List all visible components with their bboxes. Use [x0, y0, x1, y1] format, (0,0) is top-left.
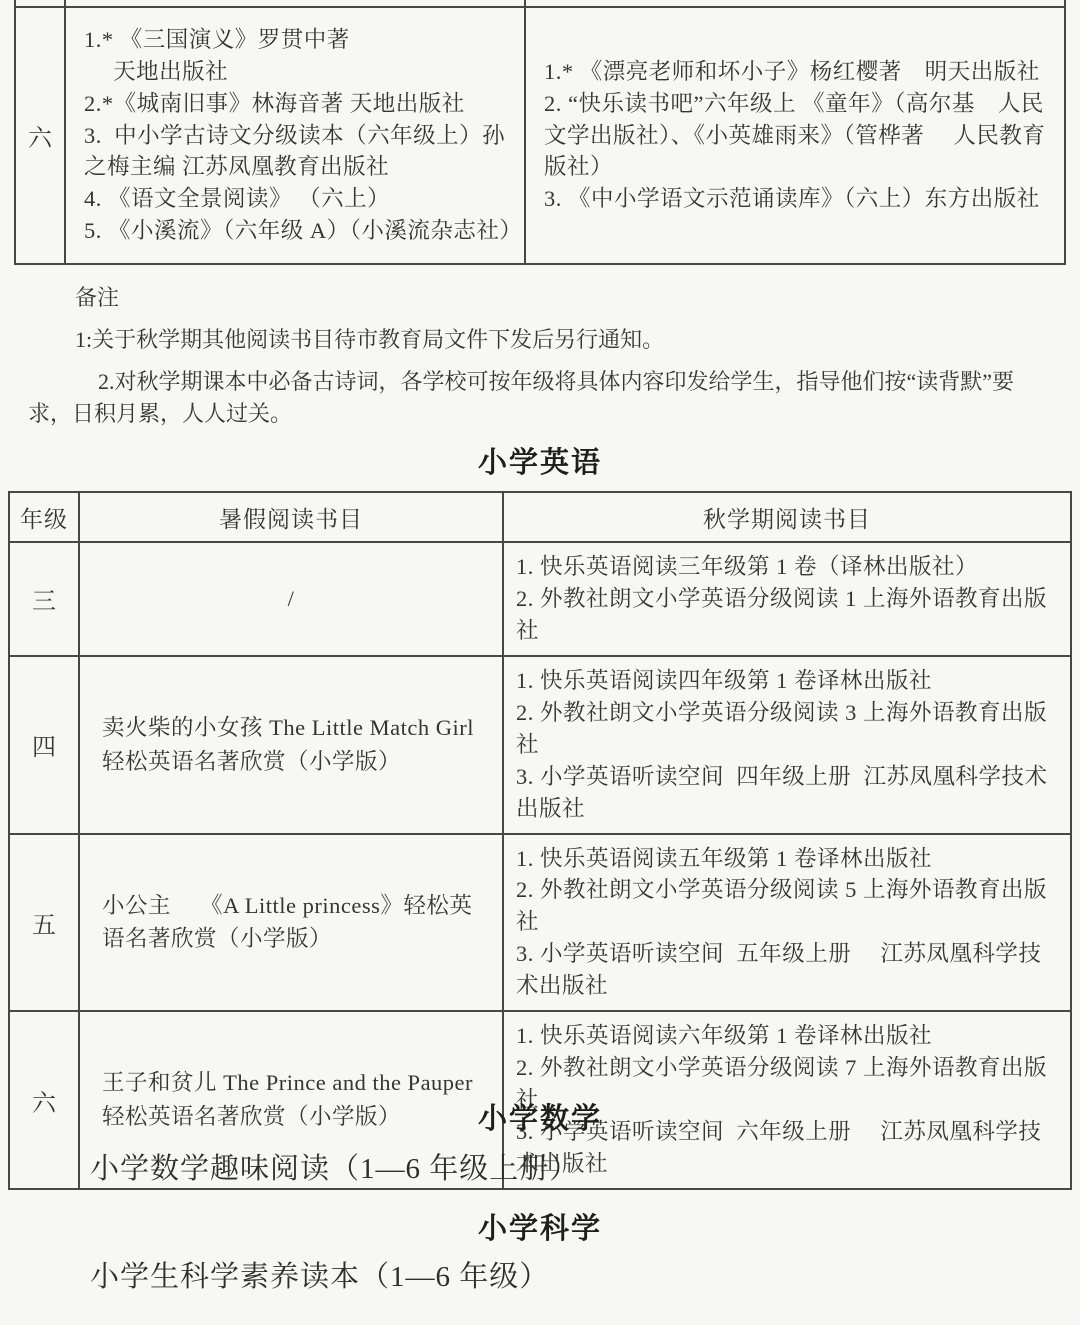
english-reading-table: 年级 暑假阅读书目 秋学期阅读书目 三 / 1. 快乐英语阅读三年级第 1 卷（… [8, 491, 1072, 1190]
summer-books-list: 1.* 《三国演义》罗贯中著 天地出版社2.*《城南旧事》林海音著 天地出版社3… [84, 24, 518, 248]
book-line: 2. “快乐读书吧”六年级上 《童年》（高尔基 人民文学出版社）、《小英雄雨来》… [544, 88, 1058, 184]
remarks-section: 备注 1:关于秋学期其他阅读书目待市教育局文件下发后另行通知。 2.对秋学期课本… [28, 282, 1058, 430]
autumn-books-list: 1. 快乐英语阅读五年级第 1 卷译林出版社2. 外教社朗文小学英语分级阅读 5… [516, 843, 1064, 1003]
autumn-books-list: 1.* 《漂亮老师和坏小子》杨红樱著 明天出版社2. “快乐读书吧”六年级上 《… [544, 56, 1058, 216]
science-reading-line: 小学生科学素养读本（1—6 年级） [90, 1254, 549, 1295]
book-line: 3. 小学英语听读空间 五年级上册 江苏凤凰科学技术出版社 [516, 938, 1064, 1002]
math-section-heading: 小学数学 [0, 1096, 1080, 1137]
book-line: 天地出版社 [84, 56, 518, 88]
autumn-books-list: 1. 快乐英语阅读四年级第 1 卷译林出版社2. 外教社朗文小学英语分级阅读 3… [516, 665, 1064, 825]
book-line: 2. 外教社朗文小学英语分级阅读 5 上海外语教育出版社 [516, 874, 1064, 938]
header-summer: 暑假阅读书目 [79, 492, 503, 542]
cutoff-row [15, 0, 1065, 7]
book-line: 1. 快乐英语阅读六年级第 1 卷译林出版社 [516, 1020, 1064, 1052]
document-page: 六 1.* 《三国演义》罗贯中著 天地出版社2.*《城南旧事》林海音著 天地出版… [0, 0, 1080, 1325]
book-line: 2. 外教社朗文小学英语分级阅读 1 上海外语教育出版社 [516, 583, 1064, 647]
table-header-row: 年级 暑假阅读书目 秋学期阅读书目 [9, 492, 1071, 542]
grade-label: 五 [9, 834, 79, 1012]
summer-cell: / [79, 542, 503, 656]
english-section-heading: 小学英语 [0, 440, 1080, 481]
book-line: 1. 快乐英语阅读四年级第 1 卷译林出版社 [516, 665, 1064, 697]
book-line: 4. 《语文全景阅读》 （六上） [84, 183, 518, 215]
grade6-reading-table: 六 1.* 《三国演义》罗贯中著 天地出版社2.*《城南旧事》林海音著 天地出版… [14, 0, 1066, 265]
remarks-line-2: 2.对秋学期课本中必备古诗词，各学校可按年级将具体内容印发给学生，指导他们按“读… [28, 366, 1058, 430]
autumn-cell: 1. 快乐英语阅读五年级第 1 卷译林出版社2. 外教社朗文小学英语分级阅读 5… [503, 834, 1071, 1012]
header-grade: 年级 [9, 492, 79, 542]
remarks-title: 备注 [75, 282, 1058, 314]
header-autumn: 秋学期阅读书目 [503, 492, 1071, 542]
grade-label: 三 [9, 542, 79, 656]
summer-books-cell: 1.* 《三国演义》罗贯中著 天地出版社2.*《城南旧事》林海音著 天地出版社3… [65, 7, 525, 264]
book-line: 2. 外教社朗文小学英语分级阅读 3 上海外语教育出版社 [516, 697, 1064, 761]
autumn-cell: 1. 快乐英语阅读四年级第 1 卷译林出版社2. 外教社朗文小学英语分级阅读 3… [503, 656, 1071, 834]
table-row: 六 1.* 《三国演义》罗贯中著 天地出版社2.*《城南旧事》林海音著 天地出版… [15, 7, 1065, 264]
table-row-grade3: 三 / 1. 快乐英语阅读三年级第 1 卷（译林出版社）2. 外教社朗文小学英语… [9, 542, 1071, 656]
math-reading-line: 小学数学趣味阅读（1—6 年级上册） [90, 1146, 579, 1187]
summer-cell: 小公主 《A Little princess》轻松英语名著欣赏（小学版） [79, 834, 503, 1012]
book-line: 3. 小学英语听读空间 四年级上册 江苏凤凰科学技术出版社 [516, 761, 1064, 825]
table-row-grade5: 五 小公主 《A Little princess》轻松英语名著欣赏（小学版） 1… [9, 834, 1071, 1012]
book-line: 1. 快乐英语阅读五年级第 1 卷译林出版社 [516, 843, 1064, 875]
book-line: 1. 快乐英语阅读三年级第 1 卷（译林出版社） [516, 551, 1064, 583]
book-line: 5. 《小溪流》（六年级 A）（小溪流杂志社） [84, 215, 518, 247]
grade-label: 六 [15, 7, 65, 264]
book-line: 1.* 《漂亮老师和坏小子》杨红樱著 明天出版社 [544, 56, 1058, 88]
book-line: 1.* 《三国演义》罗贯中著 [84, 24, 518, 56]
science-section-heading: 小学科学 [0, 1206, 1080, 1247]
book-line: 3. 中小学古诗文分级读本（六年级上）孙之梅主编 江苏凤凰教育出版社 [84, 120, 518, 184]
summer-cell: 卖火柴的小女孩 The Little Match Girl 轻松英语名著欣赏（小… [79, 656, 503, 834]
book-line: 2.*《城南旧事》林海音著 天地出版社 [84, 88, 518, 120]
grade-label: 四 [9, 656, 79, 834]
book-line: 3. 《中小学语文示范诵读库》（六上）东方出版社 [544, 183, 1058, 215]
autumn-books-cell: 1.* 《漂亮老师和坏小子》杨红樱著 明天出版社2. “快乐读书吧”六年级上 《… [525, 7, 1065, 264]
autumn-cell: 1. 快乐英语阅读三年级第 1 卷（译林出版社）2. 外教社朗文小学英语分级阅读… [503, 542, 1071, 656]
table-row-grade4: 四 卖火柴的小女孩 The Little Match Girl 轻松英语名著欣赏… [9, 656, 1071, 834]
autumn-books-list: 1. 快乐英语阅读三年级第 1 卷（译林出版社）2. 外教社朗文小学英语分级阅读… [516, 551, 1064, 647]
remarks-line-1: 1:关于秋学期其他阅读书目待市教育局文件下发后另行通知。 [75, 324, 1058, 356]
